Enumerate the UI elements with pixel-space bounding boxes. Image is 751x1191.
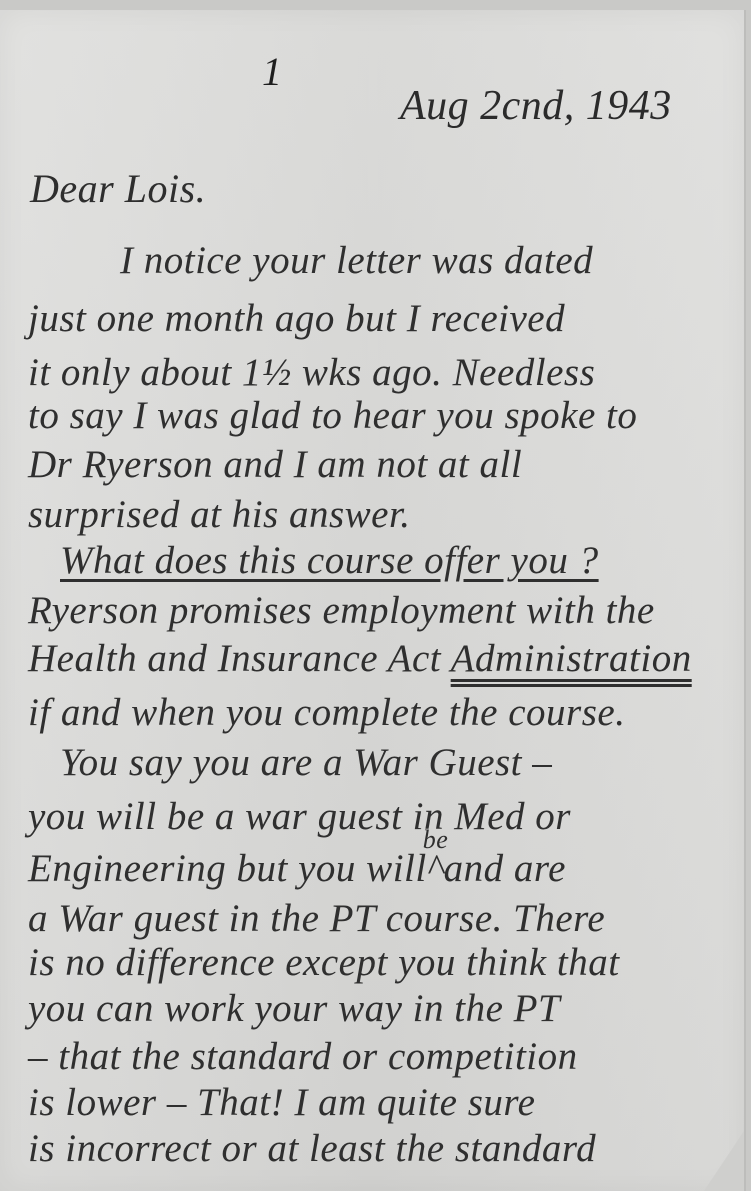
body-line: Health and Insurance Act Administration <box>28 636 692 681</box>
body-line: is incorrect or at least the standard <box>28 1126 596 1171</box>
body-line: you can work your way in the PT <box>28 986 560 1031</box>
body-line: if and when you complete the course. <box>28 690 625 735</box>
body-line: you will be a war guest in Med or <box>28 794 571 839</box>
body-line: to say I was glad to hear you spoke to <box>28 393 637 438</box>
inserted-word: be <box>423 825 449 855</box>
letter-date: Aug 2cnd, 1943 <box>400 82 672 130</box>
body-line-text: Health and Insurance Act <box>28 637 441 680</box>
body-line: Engineering but you willbe^and are <box>28 846 566 891</box>
body-line: I notice your letter was dated <box>120 238 593 283</box>
page-corner-fold <box>704 1131 744 1191</box>
caret-insertion: be^ <box>427 847 444 890</box>
body-line-text: and are <box>444 847 566 890</box>
body-line: surprised at his answer. <box>28 492 411 537</box>
letter-page: 1 Aug 2cnd, 1943 Dear Lois. I notice you… <box>0 10 746 1191</box>
body-line: a War guest in the PT course. There <box>28 896 605 941</box>
body-line: Ryerson promises employment with the <box>28 588 655 633</box>
body-line: What does this course offer you ? <box>60 538 599 583</box>
salutation: Dear Lois. <box>30 165 206 212</box>
body-line: Dr Ryerson and I am not at all <box>28 442 522 487</box>
body-line: You say you are a War Guest – <box>60 740 552 785</box>
body-line: it only about 1½ wks ago. Needless <box>28 350 595 395</box>
body-line: just one month ago but I received <box>28 296 565 341</box>
body-line: is lower – That! I am quite sure <box>28 1080 535 1125</box>
body-line: – that the standard or competition <box>28 1034 578 1079</box>
page-number: 1 <box>262 48 283 95</box>
body-line: is no difference except you think that <box>28 940 620 985</box>
underlined-word: Administration <box>451 637 692 680</box>
body-line-text: Engineering but you will <box>28 847 427 890</box>
